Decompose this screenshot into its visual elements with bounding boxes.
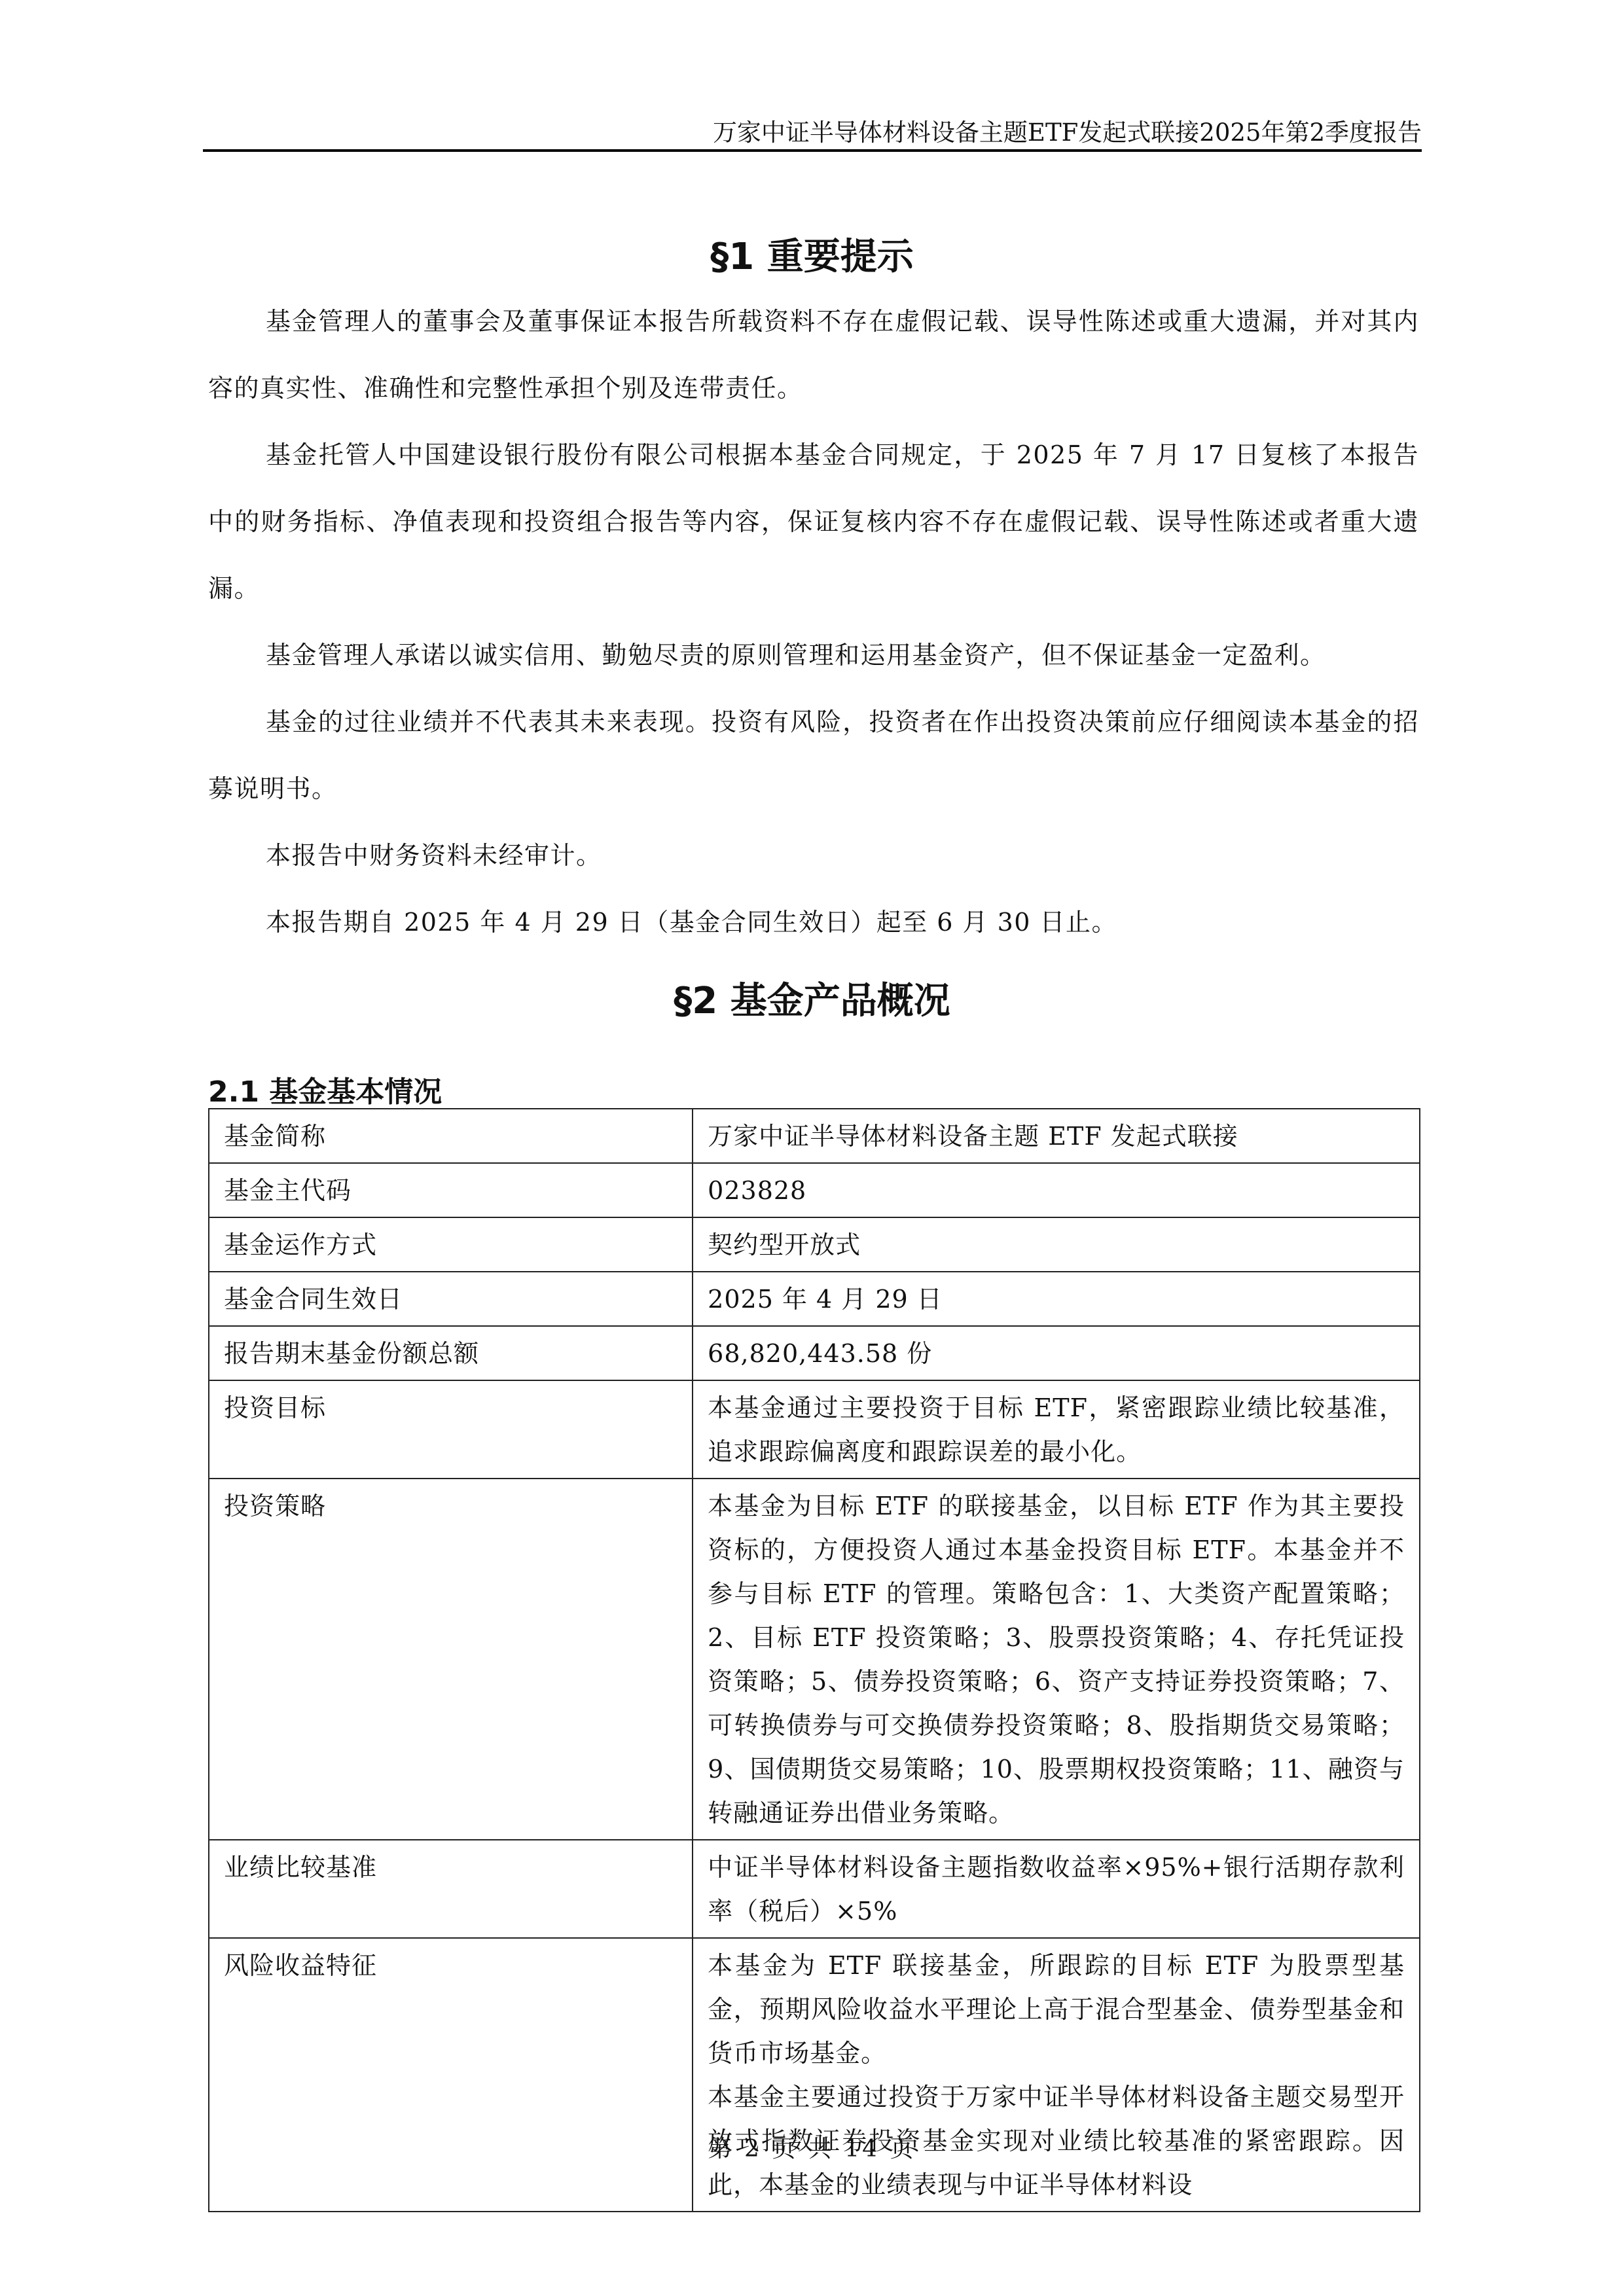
paragraph: 基金管理人的董事会及董事保证本报告所载资料不存在虚假记载、误导性陈述或重大遗漏，…: [208, 288, 1419, 422]
table-row: 投资目标 本基金通过主要投资于目标 ETF，紧密跟踪业绩比较基准，追求跟踪偏离度…: [209, 1380, 1420, 1479]
paragraph: 本报告中财务资料未经审计。: [208, 822, 1419, 889]
table-row: 风险收益特征 本基金为 ETF 联接基金，所跟踪的目标 ETF 为股票型基金，预…: [209, 1938, 1420, 2212]
row-value: 本基金通过主要投资于目标 ETF，紧密跟踪业绩比较基准，追求跟踪偏离度和跟踪误差…: [693, 1380, 1420, 1479]
row-label: 投资策略: [209, 1479, 693, 1840]
row-value: 本基金为 ETF 联接基金，所跟踪的目标 ETF 为股票型基金，预期风险收益水平…: [693, 1938, 1420, 2212]
section-1-title: §1 重要提示: [0, 228, 1624, 280]
row-label: 基金合同生效日: [209, 1272, 693, 1326]
table-row: 报告期末基金份额总额 68,820,443.58 份: [209, 1326, 1420, 1380]
table-row: 业绩比较基准 中证半导体材料设备主题指数收益率×95%+银行活期存款利率（税后）…: [209, 1840, 1420, 1938]
paragraph: 基金的过往业绩并不代表其未来表现。投资有风险，投资者在作出投资决策前应仔细阅读本…: [208, 689, 1419, 822]
row-value-paragraph: 本基金为 ETF 联接基金，所跟踪的目标 ETF 为股票型基金，预期风险收益水平…: [708, 1944, 1405, 2075]
row-value: 023828: [693, 1163, 1420, 1217]
row-value: 万家中证半导体材料设备主题 ETF 发起式联接: [693, 1109, 1420, 1163]
running-header: 万家中证半导体材料设备主题ETF发起式联接2025年第2季度报告: [203, 113, 1422, 148]
page-number: 第 2 页 共 14 页: [0, 2130, 1624, 2164]
paragraph: 基金托管人中国建设银行股份有限公司根据本基金合同规定，于 2025 年 7 月 …: [208, 422, 1419, 622]
row-label: 基金主代码: [209, 1163, 693, 1217]
row-label: 风险收益特征: [209, 1938, 693, 2212]
row-label: 基金运作方式: [209, 1217, 693, 1272]
table-row: 投资策略 本基金为目标 ETF 的联接基金，以目标 ETF 作为其主要投资标的，…: [209, 1479, 1420, 1840]
row-value: 68,820,443.58 份: [693, 1326, 1420, 1380]
fund-basic-info-table: 基金简称 万家中证半导体材料设备主题 ETF 发起式联接 基金主代码 02382…: [208, 1108, 1420, 2212]
table-row: 基金合同生效日 2025 年 4 月 29 日: [209, 1272, 1420, 1326]
row-label: 报告期末基金份额总额: [209, 1326, 693, 1380]
row-label: 业绩比较基准: [209, 1840, 693, 1938]
row-label: 投资目标: [209, 1380, 693, 1479]
row-label: 基金简称: [209, 1109, 693, 1163]
row-value: 中证半导体材料设备主题指数收益率×95%+银行活期存款利率（税后）×5%: [693, 1840, 1420, 1938]
row-value: 2025 年 4 月 29 日: [693, 1272, 1420, 1326]
table-row: 基金主代码 023828: [209, 1163, 1420, 1217]
paragraph: 基金管理人承诺以诚实信用、勤勉尽责的原则管理和运用基金资产，但不保证基金一定盈利…: [208, 622, 1419, 689]
table-row: 基金运作方式 契约型开放式: [209, 1217, 1420, 1272]
section-2-title: §2 基金产品概况: [0, 972, 1624, 1024]
header-rule: [203, 149, 1422, 152]
row-value: 本基金为目标 ETF 的联接基金，以目标 ETF 作为其主要投资标的，方便投资人…: [693, 1479, 1420, 1840]
row-value: 契约型开放式: [693, 1217, 1420, 1272]
paragraph: 本报告期自 2025 年 4 月 29 日（基金合同生效日）起至 6 月 30 …: [208, 889, 1419, 956]
table-row: 基金简称 万家中证半导体材料设备主题 ETF 发起式联接: [209, 1109, 1420, 1163]
subsection-title: 2.1 基金基本情况: [208, 1068, 442, 1110]
